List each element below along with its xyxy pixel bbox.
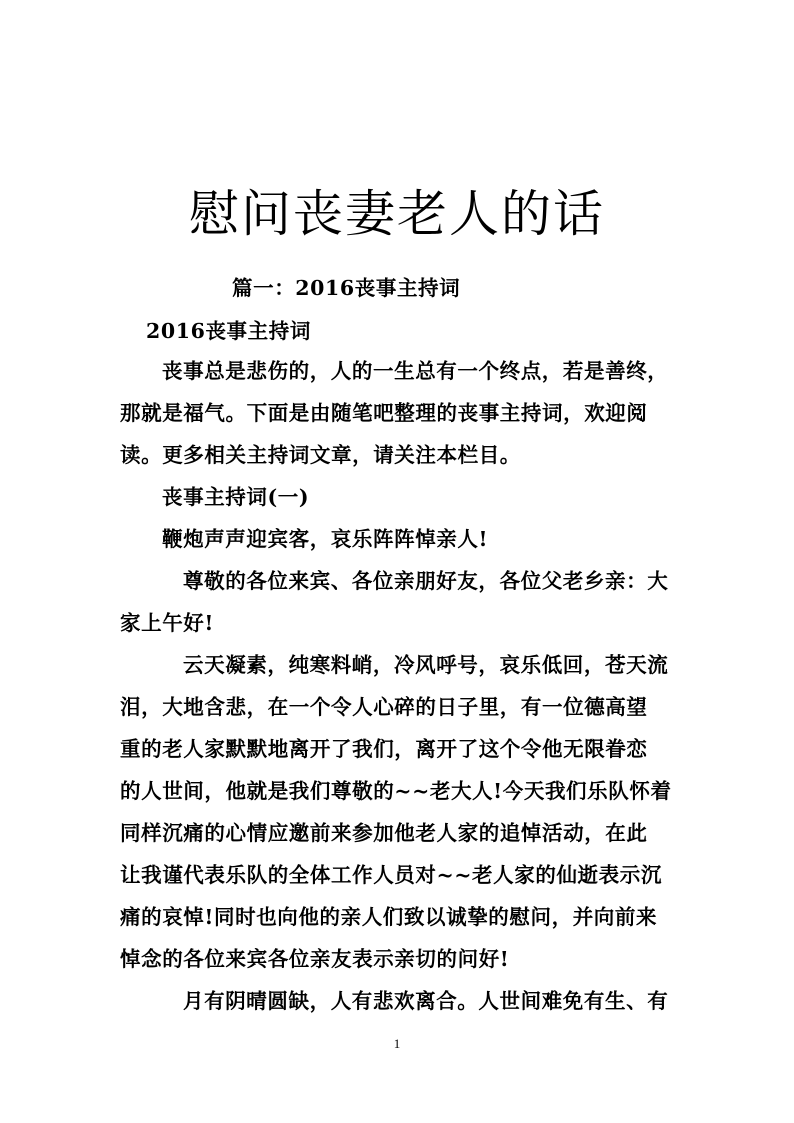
paragraph-line: 云天凝素，纯寒料峭，冷风呼号，哀乐低回，苍天流: [183, 653, 668, 677]
paragraph-line: 同样沉痛的心情应邀前来参加他老人家的追悼活动，在此: [120, 821, 648, 845]
paragraph-line: 家上午好!: [120, 611, 214, 635]
paragraph-line: 泪，大地含悲，在一个令人心碎的日子里，有一位德高望: [120, 695, 648, 719]
paragraph-line: 悼念的各位来宾各位亲友表示亲切的问好!: [120, 947, 509, 971]
paragraph-line: 重的老人家默默地离开了我们，离开了这个令他无限眷恋: [120, 737, 648, 761]
section-heading: 篇一：2016丧事主持词: [232, 276, 460, 300]
page-number: 1: [0, 1036, 794, 1052]
paragraph-line: 痛的哀悼!同时也向他的亲人们致以诚挚的慰问，并向前来: [120, 905, 657, 929]
paragraph-line: 尊敬的各位来宾、各位亲朋好友，各位父老乡亲：大: [183, 569, 668, 593]
document-title: 慰问丧妻老人的话: [0, 174, 794, 246]
paragraph-line: 鞭炮声声迎宾客，哀乐阵阵悼亲人!: [162, 527, 488, 551]
paragraph-line: 丧事主持词(一): [162, 485, 309, 509]
paragraph-line: 让我谨代表乐队的全体工作人员对~~老人家的仙逝表示沉: [120, 863, 662, 887]
subheading: 2016丧事主持词: [146, 319, 311, 343]
paragraph-line: 丧事总是悲伤的，人的一生总有一个终点，若是善终，: [162, 359, 668, 383]
paragraph-line: 的人世间，他就是我们尊敬的~~老大人!今天我们乐队怀着: [120, 779, 672, 803]
paragraph-line: 月有阴晴圆缺，人有悲欢离合。人世间难免有生、有: [183, 989, 668, 1013]
paragraph-line: 那就是福气。下面是由随笔吧整理的丧事主持词，欢迎阅: [120, 401, 648, 425]
paragraph-line: 读。更多相关主持词文章，请关注本栏目。: [120, 443, 521, 467]
